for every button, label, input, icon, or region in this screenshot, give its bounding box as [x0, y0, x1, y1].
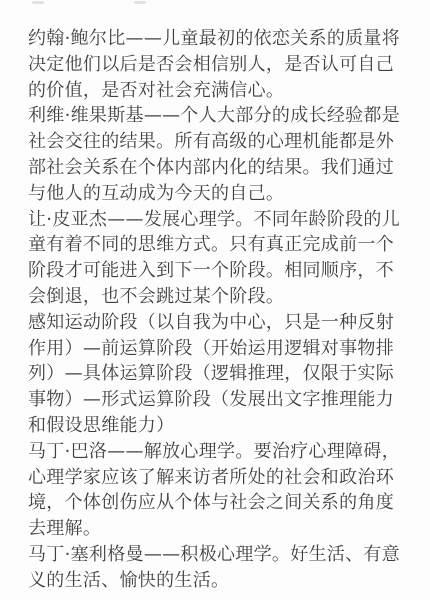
- text-line: 事物）—形式运算阶段（发展出文字推理能力: [28, 387, 408, 413]
- notes-page: 约翰·鲍尔比——儿童最初的依恋关系的质量将 决定他们以后是否会相信别人，是否认可…: [0, 0, 430, 600]
- text-line: 心理学家应该了解来访者所处的社会和政治环: [28, 465, 408, 491]
- text-line: 作用）—前运算阶段（开始运用逻辑对事物排: [28, 336, 408, 362]
- text-line: 社会交往的结果。所有高级的心理机能都是外: [28, 129, 408, 155]
- text-line: 去理解。: [28, 516, 408, 542]
- paragraph-bowlby: 约翰·鲍尔比——儿童最初的依恋关系的质量将 决定他们以后是否会相信别人，是否认可…: [28, 26, 408, 103]
- text-line: 和假设思维能力）: [28, 413, 408, 439]
- paragraph-piaget: 让·皮亚杰——发展心理学。不同年龄阶段的儿 童有着不同的思维方式。只有真正完成前…: [28, 207, 408, 310]
- text-line: 阶段才可能进入到下一个阶段。相同顺序，不: [28, 258, 408, 284]
- text-line: 义的生活、愉快的生活。: [28, 568, 408, 594]
- text-line: 约翰·鲍尔比——儿童最初的依恋关系的质量将: [28, 26, 408, 52]
- text-line: 让·皮亚杰——发展心理学。不同年龄阶段的儿: [28, 207, 408, 233]
- text-line: 部社会关系在个体内部内化的结果。我们通过: [28, 155, 408, 181]
- paragraph-seligman: 马丁·塞利格曼——积极心理学。好生活、有意 义的生活、愉快的生活。: [28, 542, 408, 594]
- cropped-text-remnant: [0, 0, 430, 8]
- text-line: 列）—具体运算阶段（逻辑推理，仅限于实际: [28, 361, 408, 387]
- paragraph-piaget-stages: 感知运动阶段（以自我为中心，只是一种反射 作用）—前运算阶段（开始运用逻辑对事物…: [28, 310, 408, 439]
- text-line: 童有着不同的思维方式。只有真正完成前一个: [28, 232, 408, 258]
- paragraph-vygotsky: 利维·维果斯基——个人大部分的成长经验都是 社会交往的结果。所有高级的心理机能都…: [28, 103, 408, 206]
- paragraph-martin-baro: 马丁·巴洛——解放心理学。要治疗心理障碍， 心理学家应该了解来访者所处的社会和政…: [28, 439, 408, 542]
- text-line: 感知运动阶段（以自我为中心，只是一种反射: [28, 310, 408, 336]
- text-line: 马丁·巴洛——解放心理学。要治疗心理障碍，: [28, 439, 408, 465]
- text-line: 的价值，是否对社会充满信心。: [28, 78, 408, 104]
- note-body: 约翰·鲍尔比——儿童最初的依恋关系的质量将 决定他们以后是否会相信别人，是否认可…: [28, 26, 408, 594]
- text-line: 与他人的互动成为今天的自己。: [28, 181, 408, 207]
- cropped-glyph-mark: [32, 1, 44, 4]
- text-line: 马丁·塞利格曼——积极心理学。好生活、有意: [28, 542, 408, 568]
- text-line: 利维·维果斯基——个人大部分的成长经验都是: [28, 103, 408, 129]
- text-line: 境，个体创伤应从个体与社会之间关系的角度: [28, 490, 408, 516]
- cropped-glyph-mark: [134, 1, 146, 4]
- text-line: 决定他们以后是否会相信别人，是否认可自己: [28, 52, 408, 78]
- text-line: 会倒退，也不会跳过某个阶段。: [28, 284, 408, 310]
